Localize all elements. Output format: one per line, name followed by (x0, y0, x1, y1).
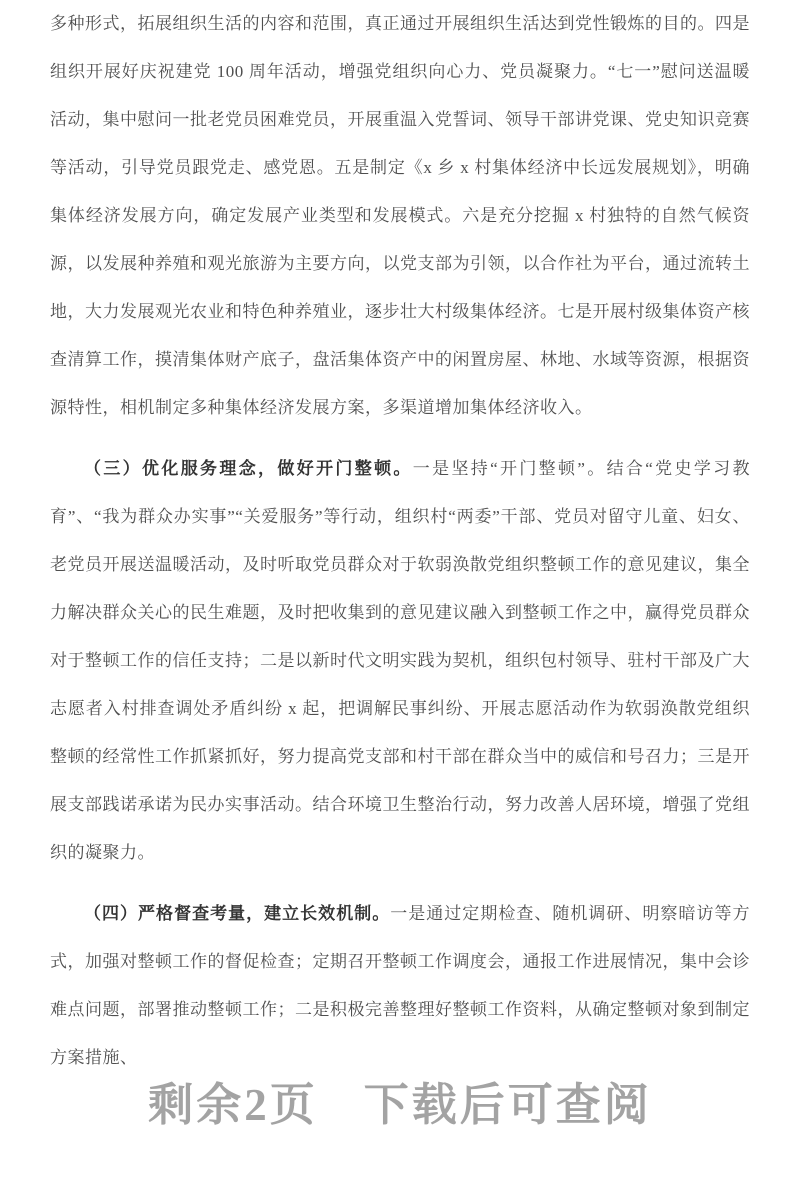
document-page: 多种形式，拓展组织生活的内容和范围，真正通过开展组织生活达到党性锻炼的目的。四是… (0, 0, 800, 1178)
document-content: 多种形式，拓展组织生活的内容和范围，真正通过开展组织生活达到党性锻炼的目的。四是… (0, 0, 800, 1082)
paragraph-text: 多种形式，拓展组织生活的内容和范围，真正通过开展组织生活达到党性锻炼的目的。四是… (50, 14, 750, 417)
body-paragraph-section-3: （三）优化服务理念，做好开门整顿。一是坚持“开门整顿”。结合“党史学习教育”、“… (50, 445, 750, 877)
section-4-heading: （四）严格督查考量，建立长效机制。 (84, 904, 390, 923)
body-paragraph-section-4: （四）严格督查考量，建立长效机制。一是通过定期检查、随机调研、明察暗访等方式，加… (50, 890, 750, 1082)
section-3-heading: （三）优化服务理念，做好开门整顿。 (84, 459, 413, 478)
download-hint-label: 下载后可查阅 (364, 1080, 652, 1130)
paragraph-text: 一是通过定期检查、随机调研、明察暗访等方式，加强对整顿工作的督促检查；定期召开整… (50, 904, 750, 1067)
remaining-pages-label: 剩余2页 (148, 1080, 318, 1130)
paragraph-text: 一是坚持“开门整顿”。结合“党史学习教育”、“我为群众办实事”“关爱服务”等行动… (50, 459, 750, 862)
remaining-pages-banner: 剩余2页下载后可查阅 (0, 1068, 800, 1133)
body-paragraph-continuation: 多种形式，拓展组织生活的内容和范围，真正通过开展组织生活达到党性锻炼的目的。四是… (50, 0, 750, 432)
